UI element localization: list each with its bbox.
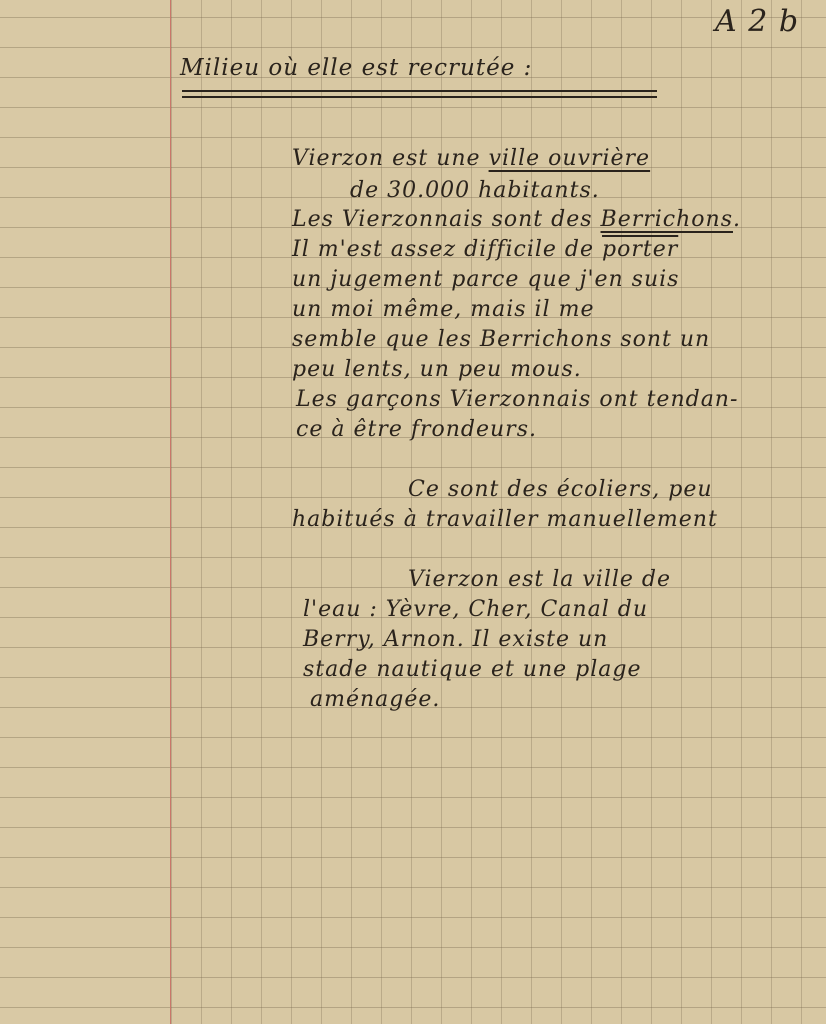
page-heading: Milieu où elle est recrutée :	[180, 55, 532, 81]
text-line: ce à être frondeurs.	[296, 417, 537, 442]
underlined-text: Berrichons	[601, 207, 733, 232]
text-line: l'eau : Yèvre, Cher, Canal du	[303, 597, 648, 622]
notebook-page: A 2 b Milieu où elle est recrutée : Vier…	[0, 0, 826, 1024]
text-fragment: Les Vierzonnais sont des	[292, 207, 601, 232]
page-reference: A 2 b	[715, 4, 799, 39]
text-line: Ce sont des écoliers, peu	[408, 477, 713, 502]
text-line: Vierzon est la ville de	[408, 567, 671, 592]
text-line: Berry, Arnon. Il existe un	[303, 627, 608, 652]
text-fragment: .	[733, 207, 741, 232]
text-line: Il m'est assez difficile de porter	[292, 237, 678, 262]
text-line: stade nautique et une plage	[303, 657, 641, 682]
underlined-text: ville ouvrière	[489, 146, 651, 171]
text-line: Vierzon est une ville ouvrière	[292, 146, 650, 171]
text-line: semble que les Berrichons sont un	[292, 327, 710, 352]
text-line: aménagée.	[310, 687, 440, 712]
text-line: peu lents, un peu mous.	[292, 357, 582, 382]
red-margin-line	[170, 0, 171, 1024]
heading-underline-2	[182, 96, 657, 98]
text-fragment: Il m'est assez difficile de	[292, 237, 602, 262]
text-line: habitués à travailler manuellement	[292, 507, 718, 532]
text-line: un moi même, mais il me	[292, 297, 594, 322]
underlined-text: porter	[602, 237, 678, 262]
text-fragment: Vierzon est une	[292, 146, 489, 171]
text-line: un jugement parce que j'en suis	[292, 267, 679, 292]
text-line: de 30.000 habitants.	[350, 178, 600, 203]
left-margin-area	[0, 0, 170, 1024]
text-line: Les garçons Vierzonnais ont tendan-	[296, 387, 738, 412]
text-line: Les Vierzonnais sont des Berrichons.	[292, 207, 741, 232]
heading-underline-1	[182, 90, 657, 92]
